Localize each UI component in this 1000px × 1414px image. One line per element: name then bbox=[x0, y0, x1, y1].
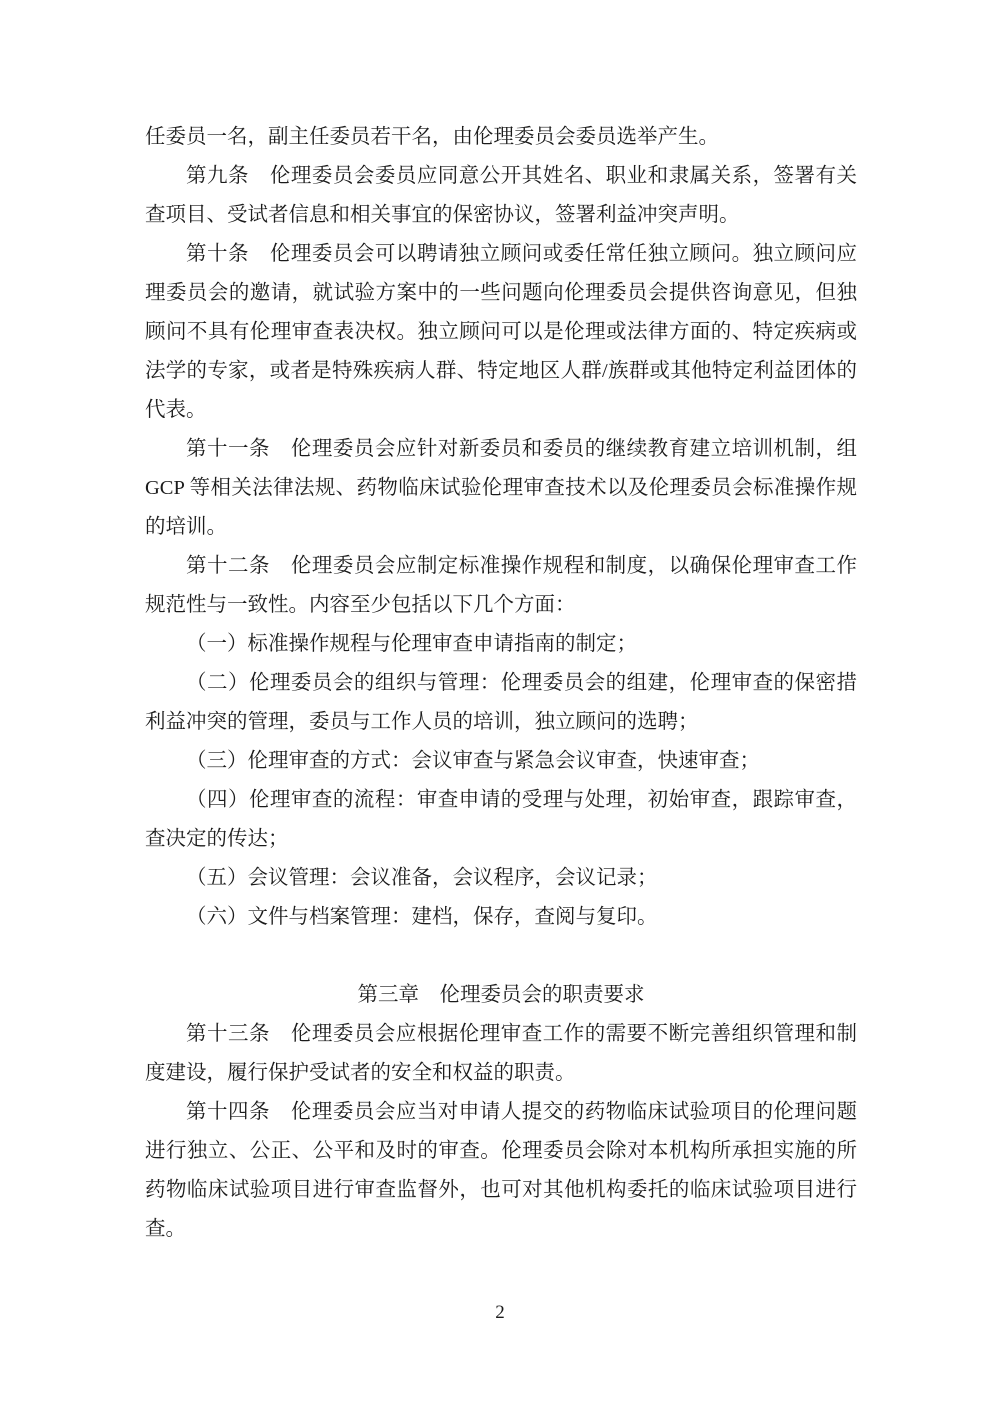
text-line: 规范性与一致性。内容至少包括以下几个方面： bbox=[145, 586, 857, 625]
list-item-line: （三）伦理审查的方式：会议审查与紧急会议审查，快速审查； bbox=[145, 742, 857, 781]
text-line: 第十四条 伦理委员会应当对申请人提交的药物临床试验项目的伦理问题 bbox=[145, 1093, 857, 1132]
list-item-line: （一）标准操作规程与伦理审查申请指南的制定； bbox=[145, 625, 857, 664]
text-line: 度建设，履行保护受试者的安全和权益的职责。 bbox=[145, 1054, 857, 1093]
text-line: 药物临床试验项目进行审查监督外，也可对其他机构委托的临床试验项目进行审 bbox=[145, 1171, 857, 1210]
text-line: 任委员一名，副主任委员若干名，由伦理委员会委员选举产生。 bbox=[145, 118, 857, 157]
blank-line bbox=[145, 937, 857, 976]
text-line: 查决定的传达； bbox=[145, 820, 857, 859]
text-line: 进行独立、公正、公平和及时的审查。伦理委员会除对本机构所承担实施的所有 bbox=[145, 1132, 857, 1171]
text-line: 第十二条 伦理委员会应制定标准操作规程和制度，以确保伦理审查工作的 bbox=[145, 547, 857, 586]
text-line: 第十三条 伦理委员会应根据伦理审查工作的需要不断完善组织管理和制 bbox=[145, 1015, 857, 1054]
document-body: 任委员一名，副主任委员若干名，由伦理委员会委员选举产生。 第九条 伦理委员会委员… bbox=[145, 118, 857, 1249]
text-line: GCP 等相关法律法规、药物临床试验伦理审查技术以及伦理委员会标准操作规程 bbox=[145, 469, 857, 508]
text-line: 第十一条 伦理委员会应针对新委员和委员的继续教育建立培训机制，组织 bbox=[145, 430, 857, 469]
page-number: 2 bbox=[0, 1300, 1000, 1326]
text-line: 利益冲突的管理，委员与工作人员的培训，独立顾问的选聘； bbox=[145, 703, 857, 742]
text-line: 查。 bbox=[145, 1210, 857, 1249]
chapter-heading: 第三章 伦理委员会的职责要求 bbox=[145, 976, 857, 1015]
list-item-line: （四）伦理审查的流程：审查申请的受理与处理，初始审查，跟踪审查，审 bbox=[145, 781, 857, 820]
text-line: 第九条 伦理委员会委员应同意公开其姓名、职业和隶属关系，签署有关审 bbox=[145, 157, 857, 196]
text-line: 理委员会的邀请，就试验方案中的一些问题向伦理委员会提供咨询意见，但独立 bbox=[145, 274, 857, 313]
list-item-line: （六）文件与档案管理：建档，保存，查阅与复印。 bbox=[145, 898, 857, 937]
list-item-line: （二）伦理委员会的组织与管理：伦理委员会的组建，伦理审查的保密措施， bbox=[145, 664, 857, 703]
text-line: 顾问不具有伦理审查表决权。独立顾问可以是伦理或法律方面的、特定疾病或方 bbox=[145, 313, 857, 352]
text-line: 查项目、受试者信息和相关事宜的保密协议，签署利益冲突声明。 bbox=[145, 196, 857, 235]
list-item-line: （五）会议管理：会议准备，会议程序，会议记录； bbox=[145, 859, 857, 898]
text-line: 法学的专家，或者是特殊疾病人群、特定地区人群/族群或其他特定利益团体的 bbox=[145, 352, 857, 391]
text-line: 的培训。 bbox=[145, 508, 857, 547]
text-line: 第十条 伦理委员会可以聘请独立顾问或委任常任独立顾问。独立顾问应伦 bbox=[145, 235, 857, 274]
text-line: 代表。 bbox=[145, 391, 857, 430]
